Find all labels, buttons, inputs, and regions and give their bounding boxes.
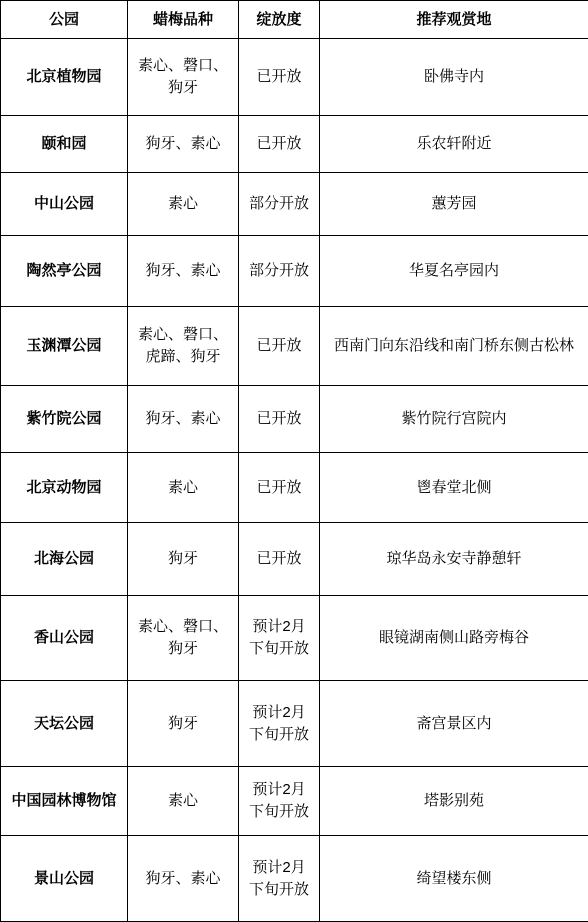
spot-cell: 绮望楼东侧 <box>320 836 588 922</box>
park-cell: 香山公园 <box>1 596 128 681</box>
park-cell: 天坛公园 <box>1 681 128 767</box>
header-cell-variety: 蜡梅品种 <box>128 1 239 39</box>
park-cell: 紫竹院公园 <box>1 386 128 453</box>
bloom-cell: 已开放 <box>239 39 320 116</box>
header-row: 公园 蜡梅品种 绽放度 推荐观赏地 <box>1 1 588 39</box>
table-row: 颐和园狗牙、素心已开放乐农轩附近 <box>1 116 588 173</box>
table-row: 北京植物园素心、磬口、 狗牙已开放卧佛寺内 <box>1 39 588 116</box>
spot-cell: 西南门向东沿线和南门桥东侧古松林 <box>320 307 588 386</box>
table-row: 景山公园狗牙、素心预计2月 下旬开放绮望楼东侧 <box>1 836 588 922</box>
bloom-cell: 已开放 <box>239 307 320 386</box>
spot-cell: 乐农轩附近 <box>320 116 588 173</box>
bloom-cell: 预计2月 下旬开放 <box>239 681 320 767</box>
bloom-cell: 预计2月 下旬开放 <box>239 767 320 836</box>
bloom-cell: 已开放 <box>239 386 320 453</box>
park-cell: 中山公园 <box>1 173 128 236</box>
table-row: 香山公园素心、磬口、 狗牙预计2月 下旬开放眼镜湖南侧山路旁梅谷 <box>1 596 588 681</box>
variety-cell: 素心 <box>128 173 239 236</box>
spot-cell: 鬯春堂北侧 <box>320 453 588 523</box>
variety-cell: 狗牙、素心 <box>128 386 239 453</box>
table-row: 紫竹院公园狗牙、素心已开放紫竹院行宫院内 <box>1 386 588 453</box>
bloom-cell: 部分开放 <box>239 236 320 307</box>
variety-cell: 素心、磬口、 狗牙 <box>128 596 239 681</box>
spot-cell: 琼华岛永安寺静憩轩 <box>320 523 588 596</box>
spot-cell: 华夏名亭园内 <box>320 236 588 307</box>
table-row: 陶然亭公园狗牙、素心部分开放华夏名亭园内 <box>1 236 588 307</box>
header-cell-spot: 推荐观赏地 <box>320 1 588 39</box>
variety-cell: 狗牙 <box>128 523 239 596</box>
park-cell: 颐和园 <box>1 116 128 173</box>
park-cell: 景山公园 <box>1 836 128 922</box>
bloom-cell: 已开放 <box>239 453 320 523</box>
variety-cell: 素心、磬口、 虎蹄、狗牙 <box>128 307 239 386</box>
spot-cell: 蕙芳园 <box>320 173 588 236</box>
spot-cell: 斋宫景区内 <box>320 681 588 767</box>
table-row: 中国园林博物馆素心预计2月 下旬开放塔影别苑 <box>1 767 588 836</box>
spot-cell: 塔影别苑 <box>320 767 588 836</box>
spot-cell: 眼镜湖南侧山路旁梅谷 <box>320 596 588 681</box>
variety-cell: 狗牙、素心 <box>128 116 239 173</box>
spot-cell: 卧佛寺内 <box>320 39 588 116</box>
table-row: 北京动物园素心已开放鬯春堂北侧 <box>1 453 588 523</box>
park-cell: 北京植物园 <box>1 39 128 116</box>
park-cell: 中国园林博物馆 <box>1 767 128 836</box>
header-cell-park: 公园 <box>1 1 128 39</box>
bloom-cell: 部分开放 <box>239 173 320 236</box>
variety-cell: 素心 <box>128 453 239 523</box>
park-cell: 陶然亭公园 <box>1 236 128 307</box>
table-row: 中山公园素心部分开放蕙芳园 <box>1 173 588 236</box>
park-cell: 玉渊潭公园 <box>1 307 128 386</box>
header-cell-bloom: 绽放度 <box>239 1 320 39</box>
table-row: 北海公园狗牙已开放琼华岛永安寺静憩轩 <box>1 523 588 596</box>
bloom-cell: 预计2月 下旬开放 <box>239 836 320 922</box>
table-row: 玉渊潭公园素心、磬口、 虎蹄、狗牙已开放西南门向东沿线和南门桥东侧古松林 <box>1 307 588 386</box>
park-cell: 北京动物园 <box>1 453 128 523</box>
spot-cell: 紫竹院行宫院内 <box>320 386 588 453</box>
variety-cell: 素心 <box>128 767 239 836</box>
wintersweet-bloom-table: 公园 蜡梅品种 绽放度 推荐观赏地 北京植物园素心、磬口、 狗牙已开放卧佛寺内颐… <box>0 0 588 922</box>
bloom-cell: 已开放 <box>239 523 320 596</box>
variety-cell: 狗牙 <box>128 681 239 767</box>
park-cell: 北海公园 <box>1 523 128 596</box>
variety-cell: 狗牙、素心 <box>128 836 239 922</box>
bloom-cell: 预计2月 下旬开放 <box>239 596 320 681</box>
variety-cell: 素心、磬口、 狗牙 <box>128 39 239 116</box>
table-row: 天坛公园狗牙预计2月 下旬开放斋宫景区内 <box>1 681 588 767</box>
bloom-cell: 已开放 <box>239 116 320 173</box>
variety-cell: 狗牙、素心 <box>128 236 239 307</box>
table-body: 北京植物园素心、磬口、 狗牙已开放卧佛寺内颐和园狗牙、素心已开放乐农轩附近中山公… <box>1 39 588 922</box>
